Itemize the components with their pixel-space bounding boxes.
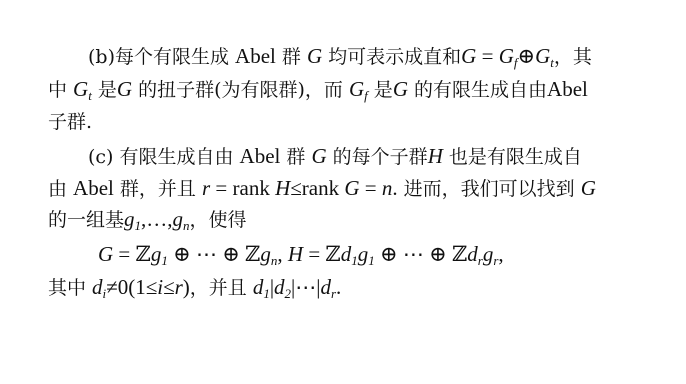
math: Gt <box>73 77 92 101</box>
math: , <box>277 242 288 266</box>
text: 其中 <box>48 277 92 299</box>
math: ≤ <box>163 275 175 299</box>
text: Abel <box>235 44 276 68</box>
text: 的每个子群 <box>327 146 428 168</box>
text: 群 <box>280 146 311 168</box>
math: r <box>175 275 183 299</box>
math: g1 <box>151 242 168 266</box>
text: 由 <box>48 178 73 200</box>
text: (b)每个有限生成 <box>88 46 235 68</box>
math: = <box>360 176 382 200</box>
math: G <box>461 44 476 68</box>
text: 中 <box>48 79 73 101</box>
text: 的有限生成自由 <box>408 79 547 101</box>
text: 子群. <box>48 111 92 133</box>
math: H <box>428 144 443 168</box>
math: r <box>202 176 210 200</box>
paragraph-c-line-5: 其中 di≠0(1≤i≤r)，并且 d1|d2|⋯|dr. <box>48 275 341 300</box>
math: ≤rank <box>290 176 344 200</box>
math: = <box>476 44 498 68</box>
math: ≠0(1≤ <box>106 275 157 299</box>
text: Abel <box>547 77 588 101</box>
text: ，使得 <box>190 209 247 231</box>
paragraph-b-line-2: 中 Gt 是G 的扭子群(为有限群)，而 Gf 是G 的有限生成自由Abel <box>48 77 588 102</box>
math: Gt <box>535 44 554 68</box>
paragraph-c-line-3: 的一组基g1,…,gn，使得 <box>48 207 247 232</box>
text: Abel <box>73 176 114 200</box>
math: ⊕ ⋯ ⊕ ℤ <box>168 242 261 266</box>
math: H <box>275 176 290 200</box>
math: ⊕ ⋯ ⊕ ℤ <box>375 242 468 266</box>
math: , <box>498 242 503 266</box>
math: . <box>336 275 341 299</box>
math: d1 <box>253 275 270 299</box>
math: H <box>288 242 303 266</box>
math: drgr <box>467 242 498 266</box>
math: ,…, <box>141 207 173 231</box>
math: G <box>307 44 322 68</box>
math: n <box>382 176 393 200</box>
math: gn <box>260 242 277 266</box>
paragraph-c-line-1: (c) 有限生成自由 Abel 群 G 的每个子群H 也是有限生成自 <box>88 144 582 169</box>
text: 的一组基 <box>48 209 124 231</box>
math: ) <box>183 275 190 299</box>
math: Gf <box>499 44 518 68</box>
math: G <box>581 176 596 200</box>
text: ，并且 <box>190 277 253 299</box>
math: g1 <box>124 207 141 231</box>
math: G <box>98 242 113 266</box>
text: Abel <box>240 144 281 168</box>
text: ，其 <box>554 46 592 68</box>
math: |⋯| <box>291 275 320 299</box>
paragraph-c-line-2: 由 Abel 群，并且 r = rank H≤rank G = n. 进而，我们… <box>48 176 596 201</box>
text: 进而，我们可以找到 <box>398 178 581 200</box>
math: gn <box>173 207 190 231</box>
math: G <box>311 144 326 168</box>
text: 也是有限生成自 <box>443 146 582 168</box>
math: dr <box>320 275 336 299</box>
text: 是 <box>368 79 393 101</box>
text: 群 <box>276 46 307 68</box>
text: 群，并且 <box>114 178 202 200</box>
paragraph-b-line-1: (b)每个有限生成 Abel 群 G 均可表示成直和G = Gf⊕Gt，其 <box>88 44 592 69</box>
oplus-symbol: ⊕ <box>517 44 535 68</box>
math: di <box>92 275 106 299</box>
text: 的扭子群(为有限群)，而 <box>132 79 349 101</box>
text: (c) 有限生成自由 <box>88 146 240 168</box>
math: = ℤ <box>113 242 151 266</box>
math: d2 <box>274 275 291 299</box>
math: Gf <box>349 77 368 101</box>
paragraph-b-line-3: 子群. <box>48 110 92 134</box>
math: G <box>344 176 359 200</box>
text: 是 <box>92 79 117 101</box>
math: G <box>393 77 408 101</box>
math: = rank <box>210 176 275 200</box>
math: = ℤ <box>303 242 341 266</box>
math: d1g1 <box>341 242 375 266</box>
display-formula: G = ℤg1 ⊕ ⋯ ⊕ ℤgn, H = ℤd1g1 ⊕ ⋯ ⊕ ℤdrgr… <box>98 242 504 267</box>
text: 均可表示成直和 <box>322 46 461 68</box>
math: G <box>117 77 132 101</box>
